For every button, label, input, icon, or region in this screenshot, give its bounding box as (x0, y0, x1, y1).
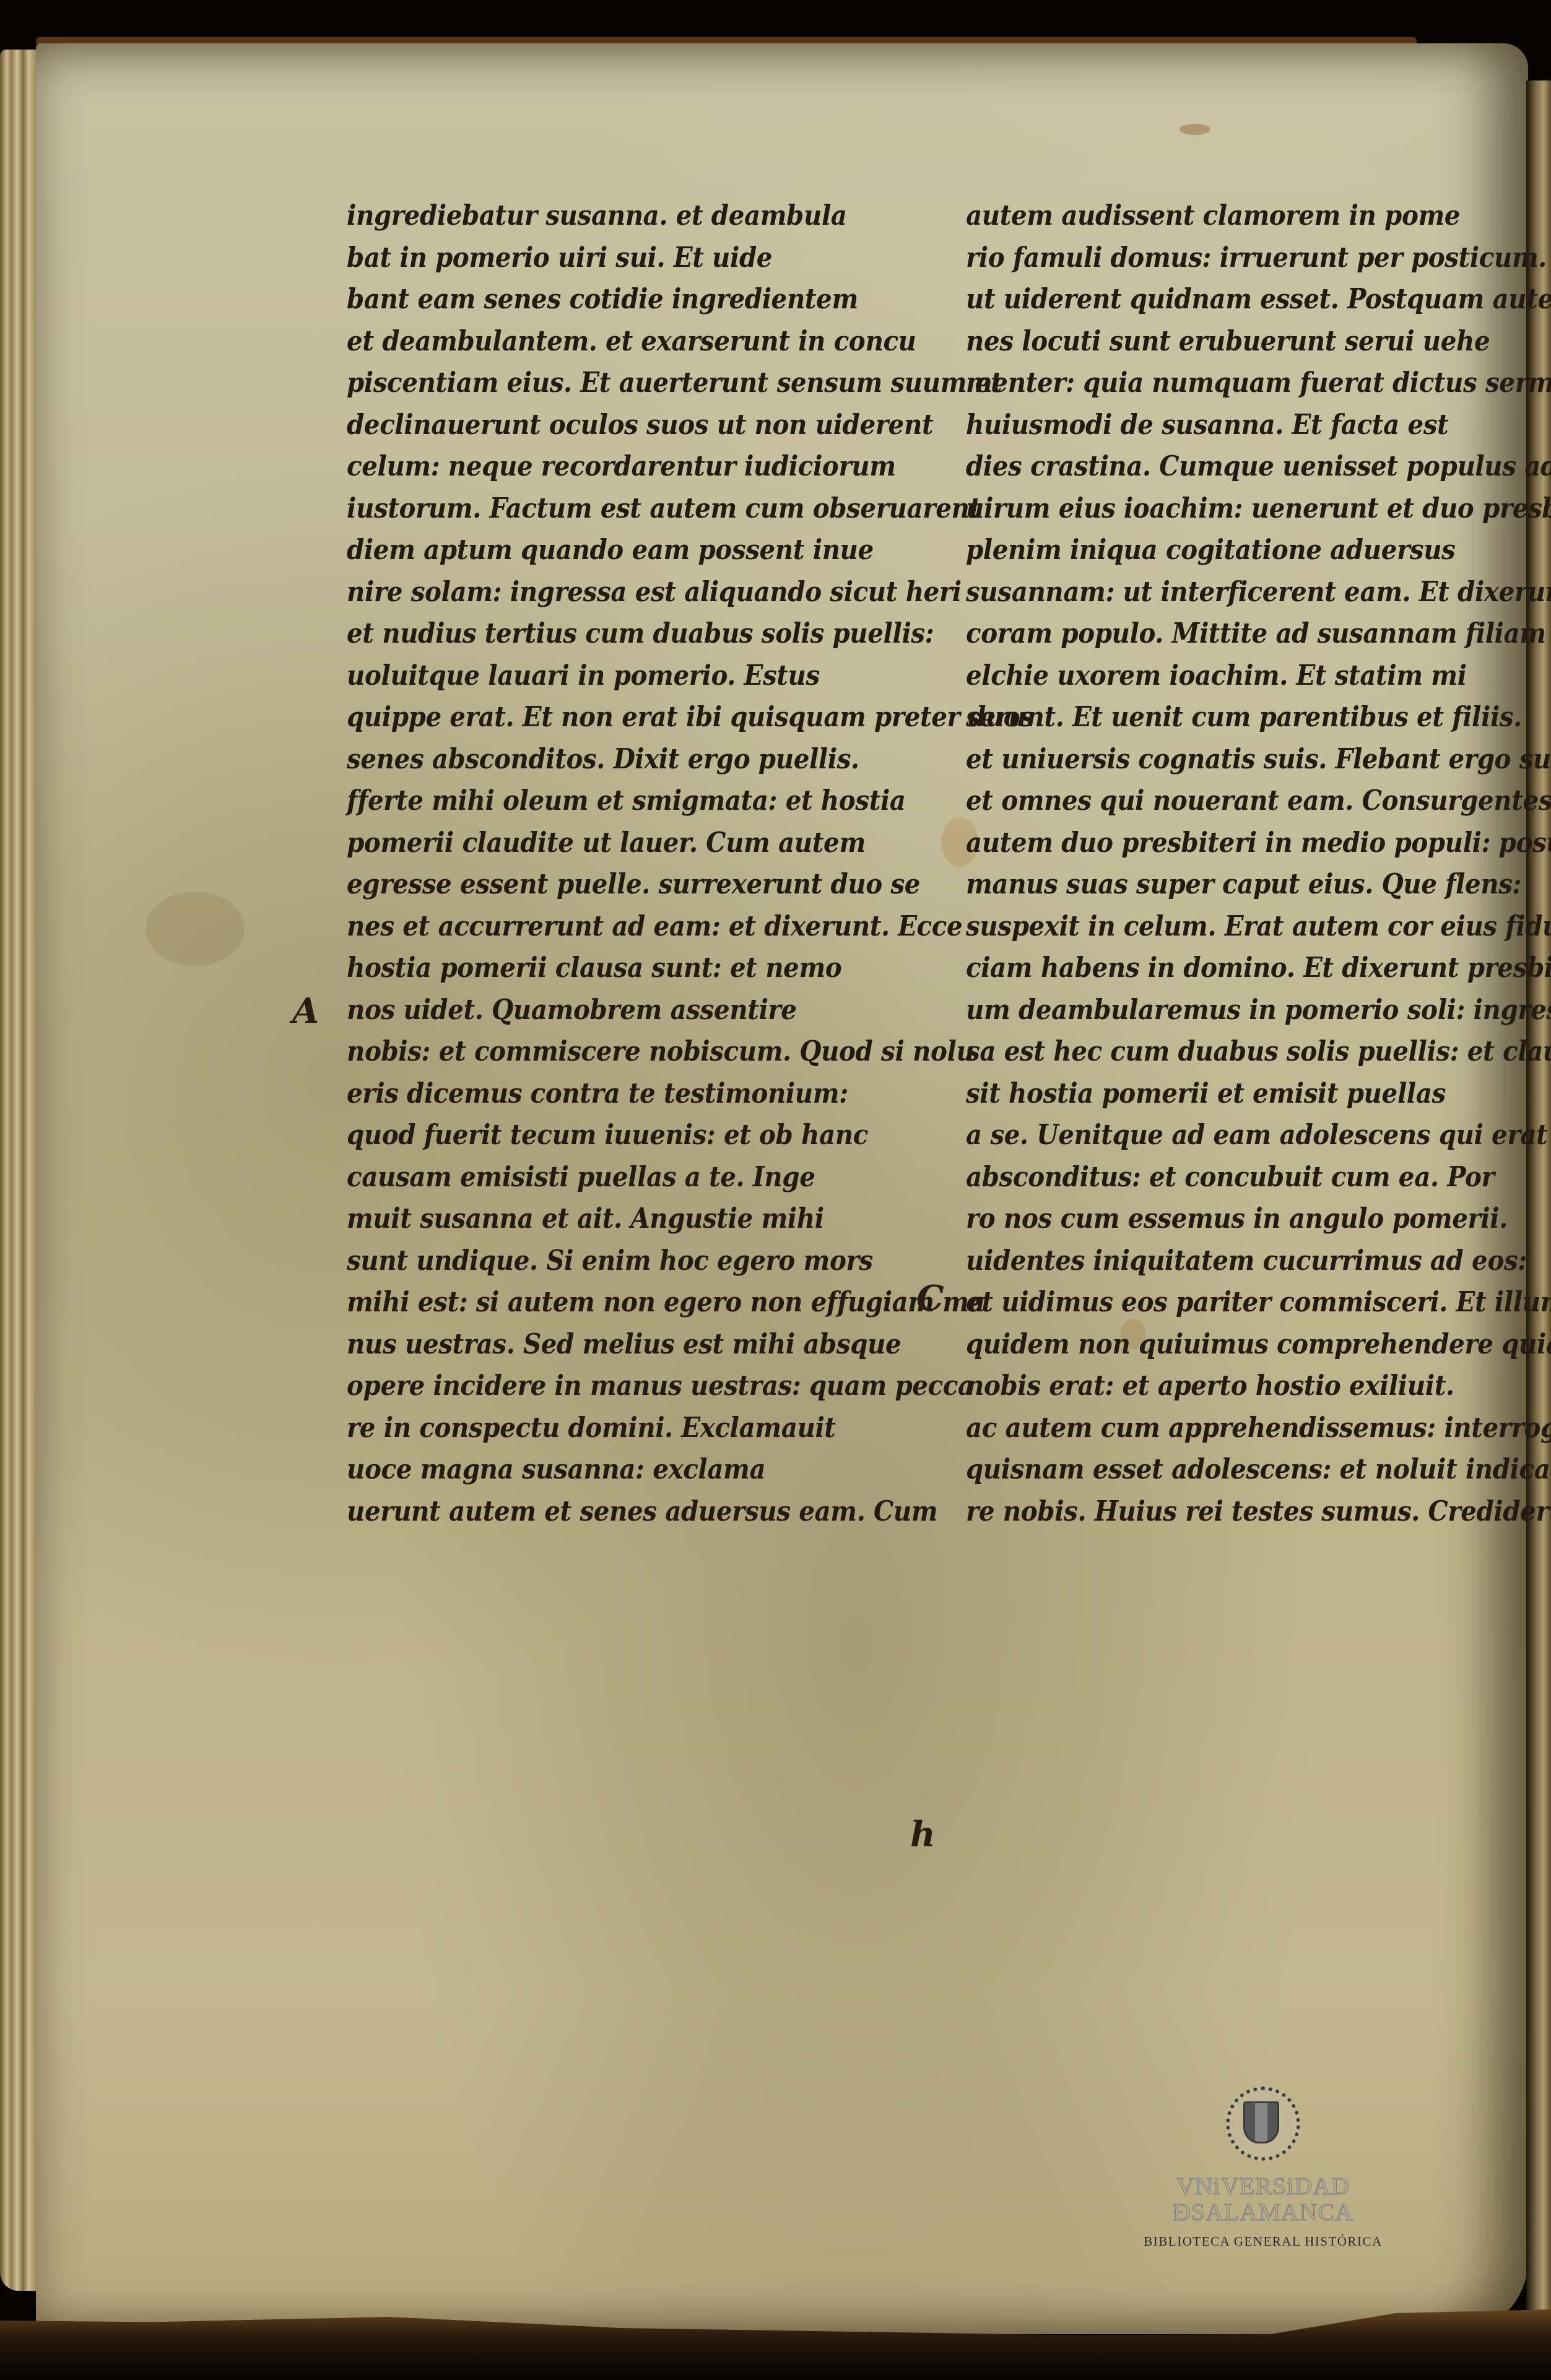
text-line: uoluitque lauari in pomerio. Estus (347, 655, 848, 697)
left-page-stack (0, 50, 38, 2291)
text-line: huiusmodi de susanna. Et facta est (966, 404, 1467, 446)
guide-letter-h: h (910, 1814, 936, 1855)
stain (146, 892, 245, 966)
text-line: nobis erat: et aperto hostio exiliuit. (966, 1365, 1467, 1407)
text-line: opere incidere in manus uestras: quam pe… (347, 1365, 848, 1407)
text-line: absconditus: et concubuit cum ea. Por (966, 1157, 1467, 1199)
text-line: et uidimus eos pariter commisceri. Et il… (966, 1282, 1467, 1324)
text-line: quod fuerit tecum iuuenis: et ob hanc (347, 1114, 848, 1157)
text-line: autem audissent clamorem in pome (966, 195, 1467, 237)
text-line: egresse essent puelle. surrexerunt duo s… (347, 864, 848, 906)
text-line: plenim iniqua cogitatione aduersus (966, 529, 1467, 571)
text-line: sunt undique. Si enim hoc egero mors (347, 1240, 848, 1282)
left-text-column: ingrediebatur susanna. et deambula bat i… (347, 195, 892, 1532)
text-line: sa est hec cum duabus solis puellis: et … (966, 1031, 1467, 1073)
text-line: nes et accurrerunt ad eam: et dixerunt. … (347, 906, 848, 948)
text-line: et deambulantem. et exarserunt in concu (347, 321, 848, 363)
text-line: mihi est: si autem non egero non effugia… (347, 1282, 848, 1324)
text-line: et uniuersis cognatis suis. Flebant ergo… (966, 739, 1467, 781)
text-line: ro nos cum essemus in angulo pomerii. (966, 1198, 1467, 1240)
right-page-stack (1526, 80, 1551, 2322)
guide-letter-a: A (292, 991, 319, 1031)
guide-letter-c: C (916, 1278, 944, 1319)
text-line: serunt. Et uenit cum parentibus et filii… (966, 697, 1467, 739)
text-line: causam emisisti puellas a te. Inge (347, 1157, 848, 1199)
text-line: coram populo. Mittite ad susannam filiam (966, 613, 1467, 655)
text-line: iustorum. Factum est autem cum obseruare… (347, 488, 848, 530)
text-line: susannam: ut interficerent eam. Et dixer… (966, 571, 1467, 614)
text-line: uerunt autem et senes aduersus eam. Cum (347, 1491, 848, 1533)
text-line: re in conspectu domini. Exclamauit (347, 1407, 848, 1449)
text-line: uirum eius ioachim: uenerunt et duo pres… (966, 488, 1467, 530)
text-line: rio famuli domus: irruerunt per posticum… (966, 237, 1467, 279)
text-line: nos uidet. Quamobrem assentire (347, 989, 848, 1031)
library-watermark: VNiVERSiDAD ÐSALAMANCA BIBLIOTECA GENERA… (1133, 2087, 1393, 2249)
text-line: nire solam: ingressa est aliquando sicut… (347, 571, 848, 614)
text-line: manus suas super caput eius. Que flens: (966, 864, 1467, 906)
text-line: quisnam esset adolescens: et noluit indi… (966, 1449, 1467, 1491)
text-line: eris dicemus contra te testimonium: (347, 1073, 848, 1115)
text-line: ingrediebatur susanna. et deambula (347, 195, 848, 237)
text-line: dies crastina. Cumque uenisset populus a… (966, 446, 1467, 488)
text-line: ac autem cum apprehendissemus: interroga… (966, 1407, 1467, 1449)
text-line: a se. Uenitque ad eam adolescens qui era… (966, 1114, 1467, 1157)
text-line: pomerii claudite ut lauer. Cum autem (347, 822, 848, 864)
university-seal-icon (1226, 2087, 1300, 2161)
text-line: nes locuti sunt erubuerunt serui uehe (966, 321, 1467, 363)
text-line: sit hostia pomerii et emisit puellas (966, 1073, 1467, 1115)
text-line: ciam habens in domino. Et dixerunt presb… (966, 947, 1467, 989)
text-line: diem aptum quando eam possent inue (347, 529, 848, 571)
text-line: nobis: et commiscere nobiscum. Quod si n… (347, 1031, 848, 1073)
text-line: bat in pomerio uiri sui. Et uide (347, 237, 848, 279)
text-line: senes absconditos. Dixit ergo puellis. (347, 739, 848, 781)
seal-shield-icon (1243, 2101, 1279, 2143)
right-text-column: autem audissent clamorem in pome rio fam… (966, 195, 1511, 1532)
text-line: declinauerunt oculos suos ut non uideren… (347, 404, 848, 446)
text-line: fferte mihi oleum et smigmata: et hostia (347, 780, 848, 822)
text-line: piscentiam eius. Et auerterunt sensum su… (347, 362, 848, 404)
text-line: suspexit in celum. Erat autem cor eius f… (966, 906, 1467, 948)
stain (1180, 124, 1210, 135)
text-line: et omnes qui nouerant eam. Consurgentes (966, 780, 1467, 822)
watermark-university: VNiVERSiDAD (1133, 2173, 1393, 2199)
text-line: uidentes iniquitatem cucurrimus ad eos: (966, 1240, 1467, 1282)
text-line: um deambularemus in pomerio soli: ingres (966, 989, 1467, 1031)
text-line: muit susanna et ait. Angustie mihi (347, 1198, 848, 1240)
text-line: celum: neque recordarentur iudiciorum (347, 446, 848, 488)
text-line: quidem non quiuimus comprehendere quia f… (966, 1324, 1467, 1366)
text-line: nus uestras. Sed melius est mihi absque (347, 1324, 848, 1366)
text-line: bant eam senes cotidie ingredientem (347, 279, 848, 321)
text-line: hostia pomerii clausa sunt: et nemo (347, 947, 848, 989)
text-line: menter: quia numquam fuerat dictus sermo (966, 362, 1467, 404)
text-line: ut uiderent quidnam esset. Postquam aute… (966, 279, 1467, 321)
text-line: autem duo presbiteri in medio populi: po… (966, 822, 1467, 864)
text-line: elchie uxorem ioachim. Et statim mi (966, 655, 1467, 697)
watermark-salamanca: ÐSALAMANCA (1133, 2199, 1393, 2225)
text-line: quippe erat. Et non erat ibi quisquam pr… (347, 697, 848, 739)
text-line: re nobis. Huius rei testes sumus. Credid… (966, 1491, 1467, 1533)
text-line: uoce magna susanna: exclama (347, 1449, 848, 1491)
watermark-library: BIBLIOTECA GENERAL HISTÓRICA (1133, 2234, 1393, 2249)
text-line: et nudius tertius cum duabus solis puell… (347, 613, 848, 655)
